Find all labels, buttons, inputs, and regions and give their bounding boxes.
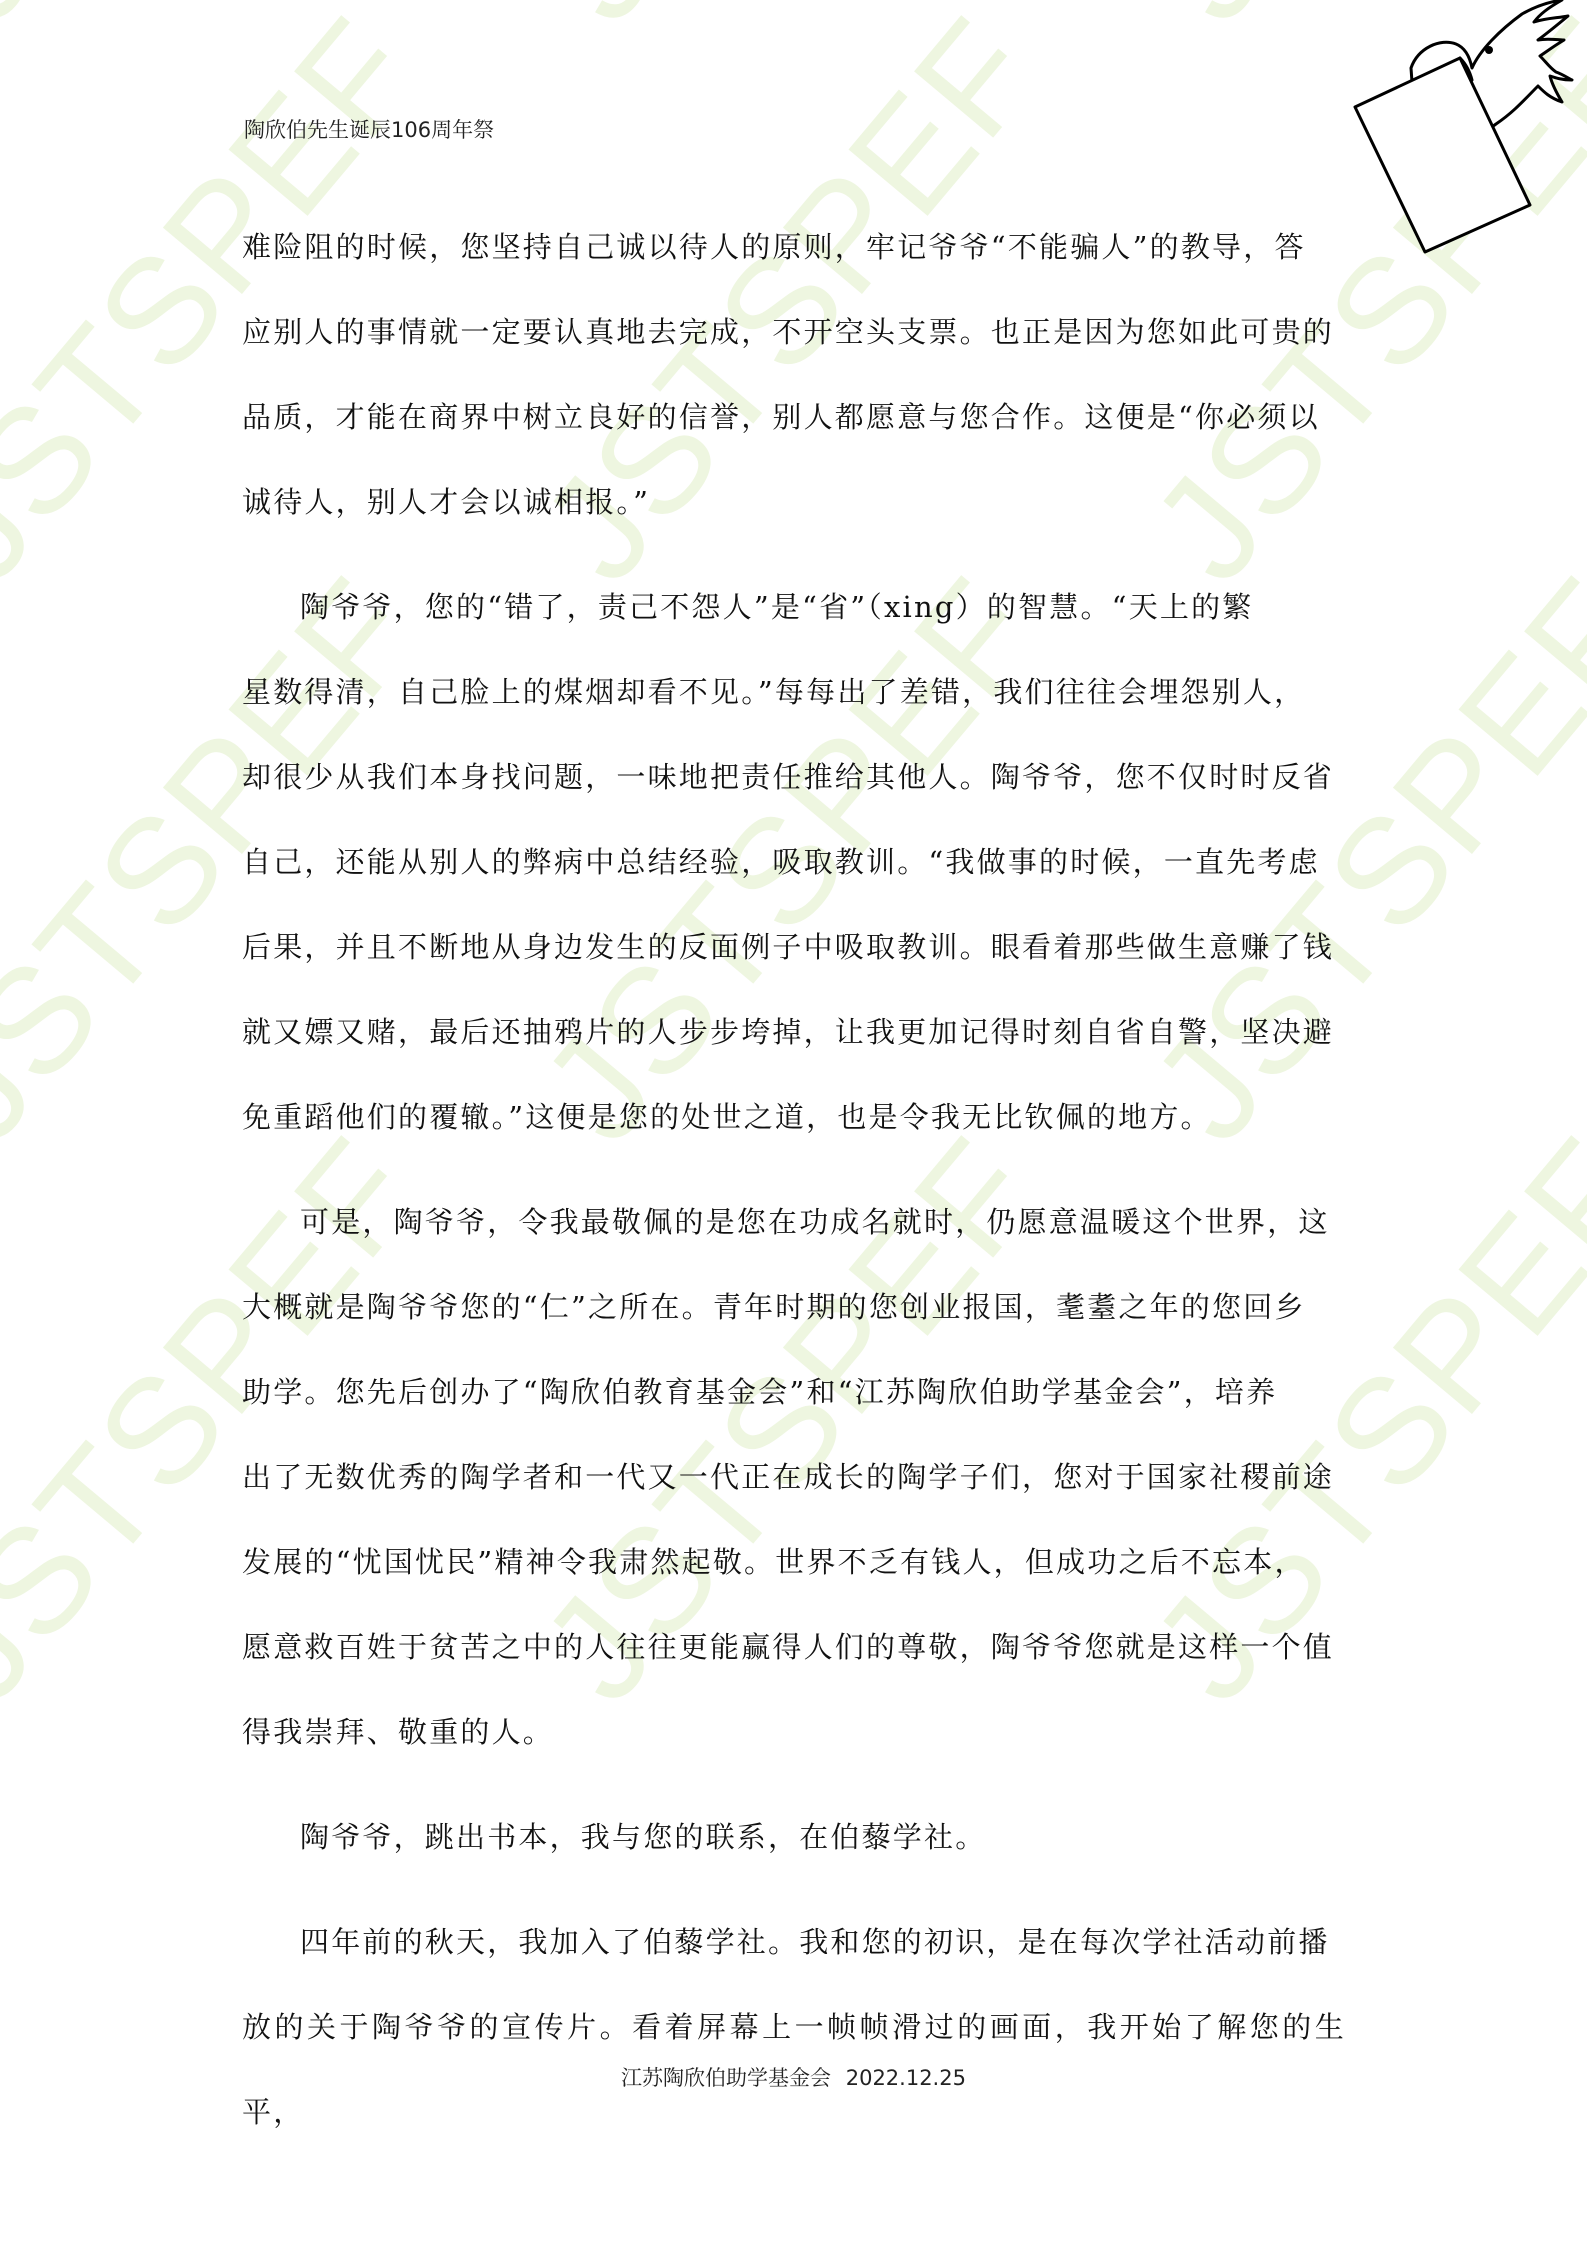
paragraph: 陶爷爷，您的“错了，责己不怨人”是“省”（xing）的智慧。“天上的繁 星数得清… (242, 565, 1346, 1160)
text-line: 难险阻的时候，您坚持自己诚以待人的原则，牢记爷爷“不能骗人”的教导，答 (242, 205, 1346, 290)
text-line: 品质，才能在商界中树立良好的信誉，别人都愿意与您合作。这便是“你必须以 (242, 375, 1346, 460)
page-footer: 江苏陶欣伯助学基金会 2022.12.25 (0, 2062, 1587, 2092)
text-line: 陶爷爷，跳出书本，我与您的联系，在伯藜学社。 (242, 1795, 1346, 1880)
text-line: 出了无数优秀的陶学者和一代又一代正在成长的陶学子们，您对于国家社稷前途 (242, 1435, 1346, 1520)
letter-body: 难险阻的时候，您坚持自己诚以待人的原则，牢记爷爷“不能骗人”的教导，答 应别人的… (242, 205, 1346, 2155)
page-header-title: 陶欣伯先生诞辰106周年祭 (244, 114, 494, 144)
text-line: 星数得清，自己脸上的煤烟却看不见。”每每出了差错，我们往往会埋怨别人， (242, 650, 1346, 735)
paragraph: 可是，陶爷爷，令我最敬佩的是您在功成名就时，仍愿意温暖这个世界，这 大概就是陶爷… (242, 1180, 1346, 1775)
text-line: 却很少从我们本身找问题，一味地把责任推给其他人。陶爷爷，您不仅时时反省 (242, 735, 1346, 820)
text-line: 愿意救百姓于贫苦之中的人往往更能赢得人们的尊敬，陶爷爷您就是这样一个值 (242, 1605, 1346, 1690)
text-line: 陶爷爷，您的“错了，责己不怨人”是“省”（xing）的智慧。“天上的繁 (242, 565, 1346, 650)
watermark: JSTSPEF (507, 0, 1072, 53)
text-line: 四年前的秋天，我加入了伯藜学社。我和您的初识，是在每次学社活动前播 (242, 1900, 1346, 1985)
text-line: 就又嫖又赌，最后还抽鸦片的人步步垮掉，让我更加记得时刻自省自警，坚决避 (242, 990, 1346, 1075)
text-line: 自己，还能从别人的弊病中总结经验，吸取教训。“我做事的时候，一直先考虑 (242, 820, 1346, 905)
text-line: 大概就是陶爷爷您的“仁”之所在。青年时期的您创业报国，耄耋之年的您回乡 (242, 1265, 1346, 1350)
text-line: 诚待人，别人才会以诚相报。” (242, 460, 1346, 545)
text-line: 可是，陶爷爷，令我最敬佩的是您在功成名就时，仍愿意温暖这个世界，这 (242, 1180, 1346, 1265)
footer-date: 2022.12.25 (846, 2066, 966, 2090)
text-line: 后果，并且不断地从身边发生的反面例子中吸取教训。眼看着那些做生意赚了钱 (242, 905, 1346, 990)
text-line: 发展的“忧国忧民”精神令我肃然起敬。世界不乏有钱人，但成功之后不忘本， (242, 1520, 1346, 1605)
paragraph: 陶爷爷，跳出书本，我与您的联系，在伯藜学社。 (242, 1795, 1346, 1880)
dove-letter-icon (1300, 0, 1587, 260)
text-line: 免重蹈他们的覆辙。”这便是您的处世之道，也是令我无比钦佩的地方。 (242, 1075, 1346, 1160)
text-line: 助学。您先后创办了“陶欣伯教育基金会”和“江苏陶欣伯助学基金会”，培养 (242, 1350, 1346, 1435)
watermark: JSTSPEF (0, 0, 452, 53)
footer-org: 江苏陶欣伯助学基金会 (621, 2066, 831, 2090)
text-line: 应别人的事情就一定要认真地去完成，不开空头支票。也正是因为您如此可贵的 (242, 290, 1346, 375)
paragraph: 四年前的秋天，我加入了伯藜学社。我和您的初识，是在每次学社活动前播 放的关于陶爷… (242, 1900, 1346, 2155)
paragraph: 难险阻的时候，您坚持自己诚以待人的原则，牢记爷爷“不能骗人”的教导，答 应别人的… (242, 205, 1346, 545)
text-line: 得我崇拜、敬重的人。 (242, 1690, 1346, 1775)
